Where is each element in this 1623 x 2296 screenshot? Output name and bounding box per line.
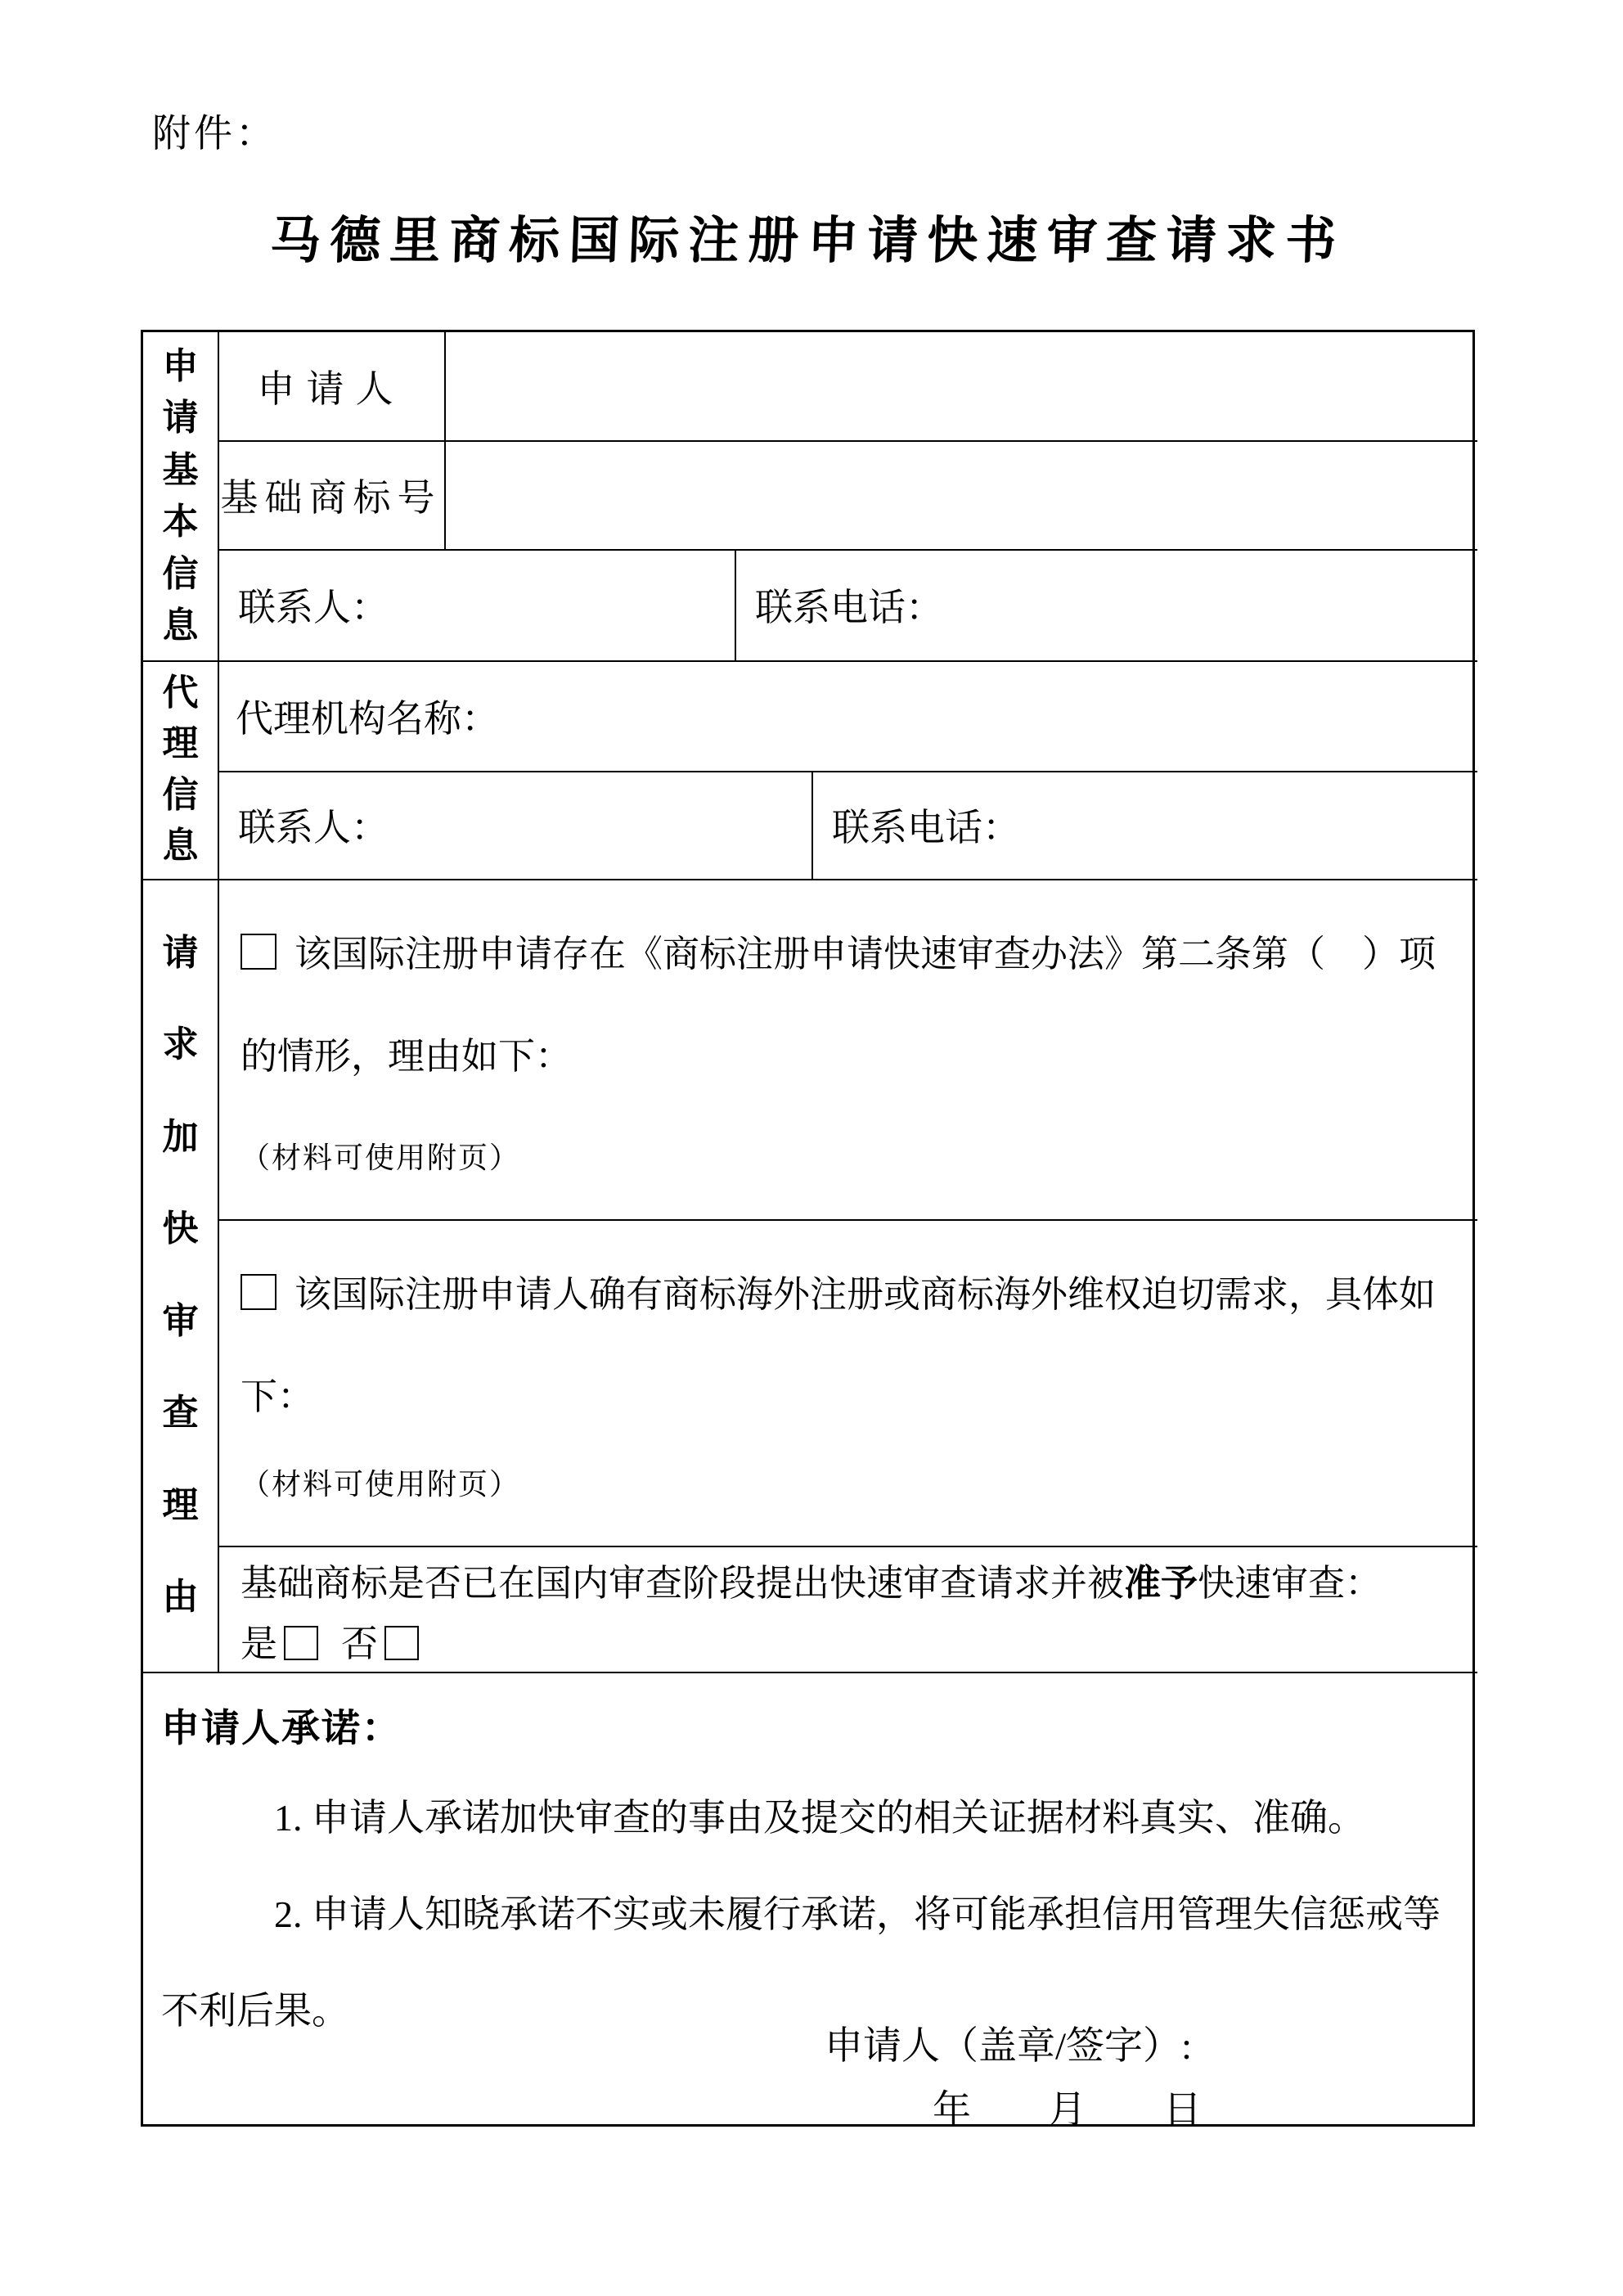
attachment-label: 附件： xyxy=(152,103,277,158)
domestic-question-cell: 基础商标是否已在国内审查阶段提出快速审查请求并被准予快速审查： 是否 xyxy=(218,1546,1477,1672)
reason-option1-text: 该国际注册申请存在《商标注册申请快速审查办法》第二条第（ ）项的情形，理由如下： xyxy=(241,934,1436,1077)
yes-no-row: 是否 xyxy=(241,1614,1454,1673)
checkbox-yes-icon[interactable] xyxy=(284,1626,318,1660)
reason-option1-cell: 该国际注册申请存在《商标注册申请快速审查办法》第二条第（ ）项的情形，理由如下：… xyxy=(218,879,1477,1219)
section-header-applicant-info: 申请基本信息 xyxy=(143,332,218,660)
domestic-question-text: 基础商标是否已在国内审查阶段提出快速审查请求并被准予快速审查： xyxy=(241,1554,1454,1613)
checkbox-option2-icon[interactable] xyxy=(241,1274,276,1310)
attachment-note2: （材料可使用附页） xyxy=(241,1434,520,1536)
section-header-agent-info: 代理信息 xyxy=(143,660,218,879)
attachment-note1: （材料可使用附页） xyxy=(241,1107,520,1209)
date-line: 年 月 日 xyxy=(933,2079,1202,2134)
yes-label: 是 xyxy=(241,1623,277,1664)
applicant-phone-field[interactable]: 联系电话： xyxy=(735,549,1477,660)
section-header-expedite-reason: 请求加快审查理由 xyxy=(143,879,218,1672)
applicant-label: 申请人 xyxy=(218,332,444,440)
checkbox-option1-icon[interactable] xyxy=(241,934,276,970)
commitment-item-2: 2. 申请人知晓承诺不实或未履行承诺，将可能承担信用管理失信惩戒等不利后果。 xyxy=(161,1866,1445,2060)
reason-option2-text: 该国际注册申请人确有商标海外注册或商标海外维权迫切需求，具体如下： xyxy=(241,1274,1436,1417)
form-table: 申请基本信息 代理信息 请求加快审查理由 申请人 基础商标号 联系人： 联系电话… xyxy=(141,330,1475,2127)
no-label: 否 xyxy=(341,1623,378,1664)
applicant-contact-field[interactable]: 联系人： xyxy=(218,549,735,660)
applicant-value-field[interactable] xyxy=(444,332,1477,440)
agent-phone-field[interactable]: 联系电话： xyxy=(811,771,1477,879)
reason-option2-cell: 该国际注册申请人确有商标海外注册或商标海外维权迫切需求，具体如下： （材料可使用… xyxy=(218,1219,1477,1546)
emphasis-text: 准予 xyxy=(1124,1563,1198,1604)
commitment-cell: 申请人承诺： 1. 申请人承诺加快审查的事由及提交的相关证据材料真实、准确。 2… xyxy=(143,1672,1477,2129)
base-trademark-number-field[interactable] xyxy=(444,440,1477,549)
checkbox-no-icon[interactable] xyxy=(384,1626,419,1660)
agent-contact-field[interactable]: 联系人： xyxy=(218,771,811,879)
commitment-item-1: 1. 申请人承诺加快审查的事由及提交的相关证据材料真实、准确。 xyxy=(161,1770,1445,1866)
commitment-heading: 申请人承诺： xyxy=(161,1688,1445,1770)
page-title: 马德里商标国际注册申请快速审查请求书 xyxy=(139,200,1476,272)
base-trademark-number-label: 基础商标号 xyxy=(218,440,444,549)
signature-label: 申请人（盖章/签字）: xyxy=(825,2015,1192,2070)
agency-name-field[interactable]: 代理机构名称： xyxy=(218,660,1477,771)
